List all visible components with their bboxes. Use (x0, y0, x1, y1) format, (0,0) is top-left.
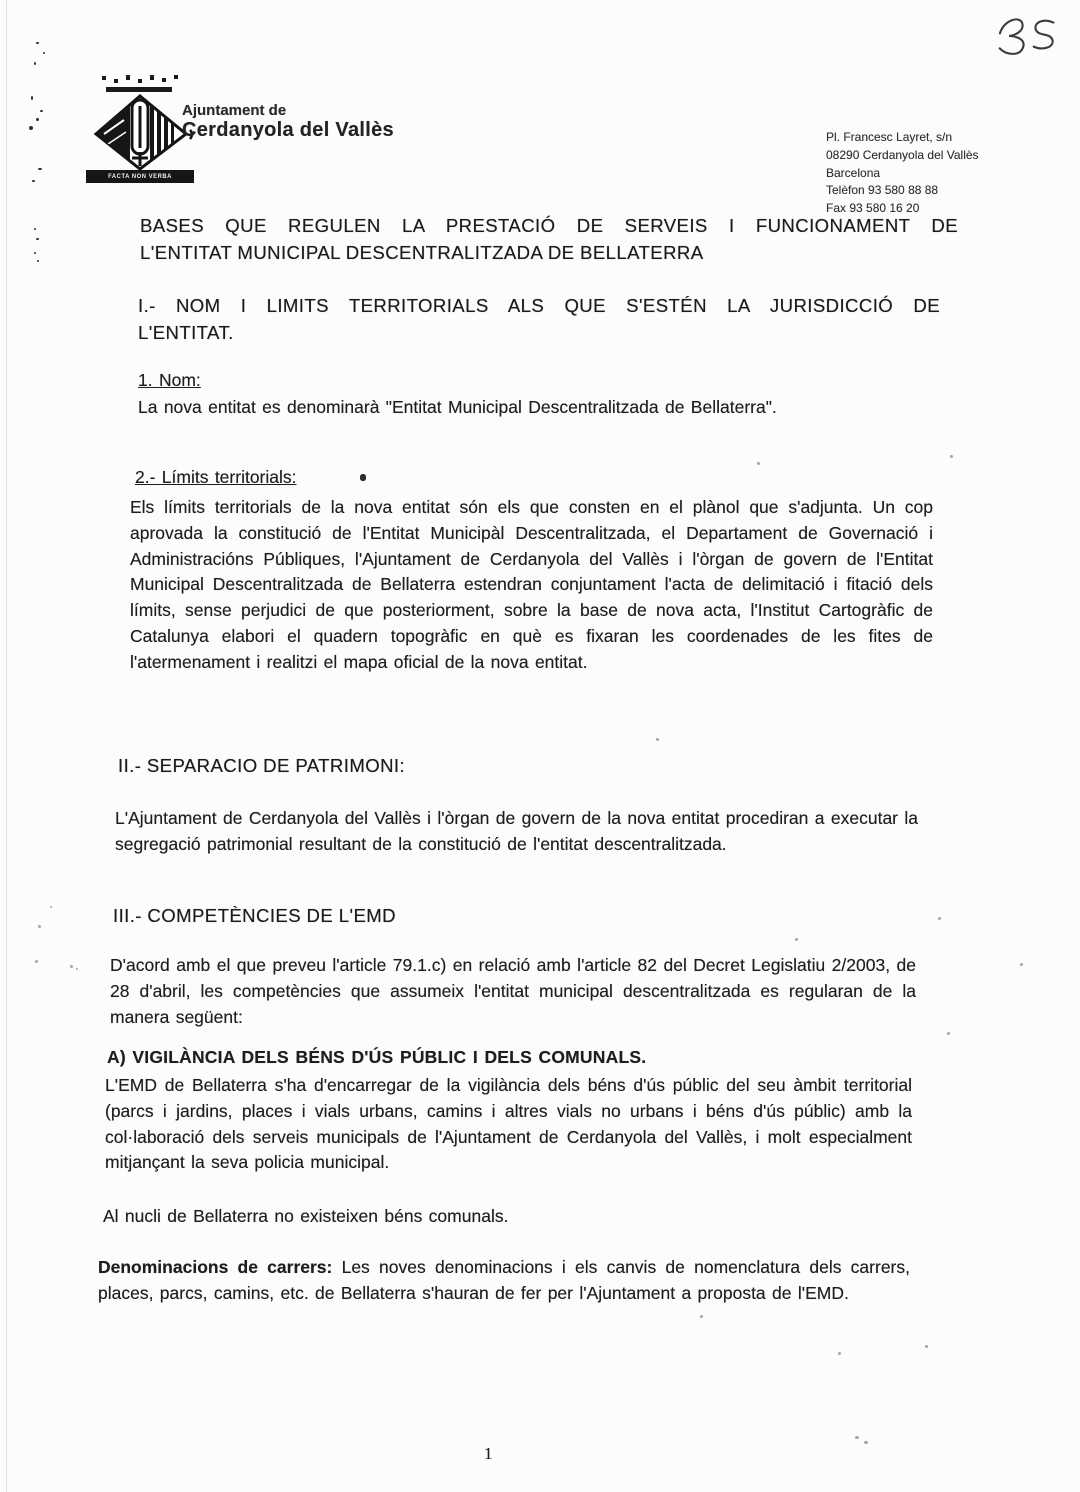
ink-speck (70, 965, 73, 968)
ink-speck (656, 738, 659, 741)
section-1-heading-line1: I.- NOM I LIMITS TERRITORIALS ALS QUE S'… (138, 292, 940, 319)
address-province: Barcelona (826, 165, 1066, 183)
street-names-lead: Denominacions de carrers: (98, 1257, 332, 1277)
ink-speck (757, 462, 760, 465)
organization-name: Ajuntament de Cerdanyola del Vallès (182, 102, 394, 142)
ink-speck (938, 917, 941, 920)
coat-of-arms-motto-banner: FACTA NON VERBA (86, 170, 194, 183)
ink-speck (38, 168, 42, 170)
motto-text: FACTA NON VERBA (108, 173, 172, 180)
ink-speck (34, 252, 36, 254)
ink-speck (36, 118, 39, 121)
subsection-nom-heading: 1. Nom: (138, 368, 201, 394)
handwritten-note-35 (987, 4, 1066, 64)
ink-speck (34, 228, 36, 230)
document-title: BASES QUE REGULEN LA PRESTACIÓ DE SERVEI… (140, 212, 958, 266)
ink-speck (838, 1352, 841, 1355)
street-names-paragraph: Denominacions de carrers: Les noves deno… (98, 1255, 910, 1307)
address-city: 08290 Cerdanyola del Vallès (826, 147, 1066, 165)
page-number: 1 (484, 1444, 493, 1464)
section-3-paragraph: D'acord amb el que preveu l'article 79.1… (110, 953, 916, 1030)
ink-speck (925, 1345, 928, 1348)
ink-speck (43, 52, 45, 54)
ink-speck (37, 260, 39, 262)
ink-speck (795, 938, 798, 941)
section-3-heading: III.- COMPETÈNCIES DE L'EMD (113, 902, 396, 929)
ink-speck (950, 455, 953, 458)
ink-speck (31, 96, 33, 100)
org-name-line1: Ajuntament de (182, 102, 394, 119)
ink-speck (864, 1441, 868, 1444)
scan-edge-line (6, 0, 7, 1492)
address-street: Pl. Francesc Layret, s/n (826, 129, 1066, 147)
ink-speck (947, 1032, 950, 1035)
ink-speck (40, 110, 43, 112)
competence-a-paragraph: L'EMD de Bellaterra s'ha d'encarregar de… (105, 1073, 912, 1176)
competence-a-note: Al nucli de Bellaterra no existeixen bén… (103, 1204, 910, 1230)
section-2-paragraph: L'Ajuntament de Cerdanyola del Vallès i … (115, 806, 918, 858)
ink-speck (855, 1436, 859, 1439)
address-phone: Telèfon 93 580 88 88 (826, 182, 1066, 200)
subsection-limits-heading: 2.- Límits territorials: (135, 465, 297, 491)
org-name-line2: Cerdanyola del Vallès (182, 119, 394, 142)
section-1-heading: I.- NOM I LIMITS TERRITORIALS ALS QUE S'… (138, 292, 940, 346)
ink-speck (36, 42, 39, 44)
ink-speck (35, 960, 38, 963)
ink-speck (1020, 963, 1023, 966)
document-title-line2: L'ENTITAT MUNICIPAL DESCENTRALITZADA DE … (140, 239, 958, 266)
subsection-nom-paragraph: La nova entitat es denominarà "Entitat M… (138, 395, 935, 421)
section-1-heading-line2: L'ENTITAT. (138, 319, 940, 346)
address-block: Pl. Francesc Layret, s/n 08290 Cerdanyol… (826, 129, 1066, 218)
ink-speck (700, 1315, 703, 1318)
ink-blot (360, 474, 366, 481)
ink-speck (38, 925, 41, 928)
ink-speck (36, 238, 39, 240)
subsection-limits-paragraph: Els límits territorials de la nova entit… (130, 495, 933, 676)
ink-speck (29, 126, 33, 130)
ink-speck (50, 906, 52, 908)
ink-speck (34, 62, 36, 65)
competence-a-heading: A) VIGILÀNCIA DELS BÉNS D'ÚS PÚBLIC I DE… (107, 1045, 646, 1071)
document-title-line1: BASES QUE REGULEN LA PRESTACIÓ DE SERVEI… (140, 212, 958, 239)
ink-speck (76, 968, 78, 970)
ink-speck (32, 180, 35, 182)
section-2-heading: II.- SEPARACIO DE PATRIMONI: (118, 752, 405, 779)
scanned-document-page: FACTA NON VERBA Ajuntament de Cerdanyola… (0, 0, 1080, 1492)
